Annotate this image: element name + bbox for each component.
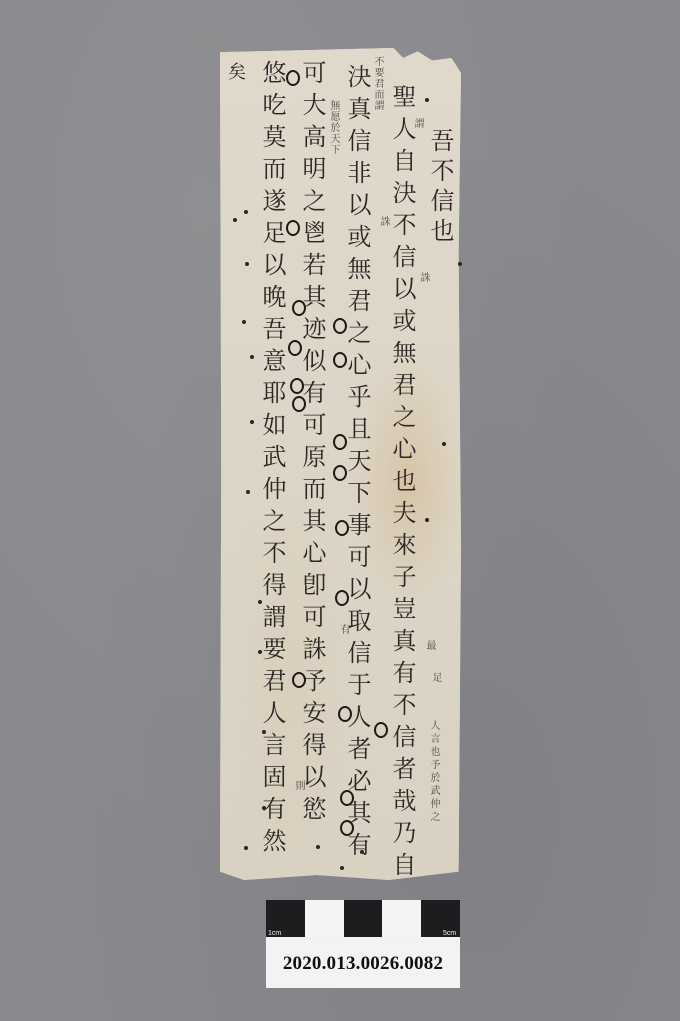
scale-segment bbox=[305, 900, 344, 937]
ink-dot bbox=[262, 730, 266, 734]
punctuation-circle bbox=[333, 465, 347, 481]
punctuation-circle bbox=[333, 352, 347, 368]
punctuation-circle bbox=[290, 378, 304, 394]
ink-dot bbox=[360, 850, 364, 854]
punctuation-circle bbox=[335, 590, 349, 606]
annotation: 最 bbox=[424, 640, 434, 651]
text-column-1: 吾不信也 bbox=[428, 128, 452, 248]
ink-dot bbox=[425, 518, 429, 522]
scale-label-left: 1cm bbox=[268, 930, 281, 937]
annotation: 有 bbox=[338, 624, 348, 635]
scale-label-right: 5cm bbox=[443, 930, 456, 937]
annotation: 誅 bbox=[418, 272, 428, 283]
ink-dot bbox=[233, 218, 237, 222]
ink-dot bbox=[258, 600, 262, 604]
ink-dot bbox=[340, 866, 344, 870]
punctuation-circle bbox=[335, 520, 349, 536]
ink-dot bbox=[244, 846, 248, 850]
punctuation-circle bbox=[292, 300, 306, 316]
text-column-6: 矣 bbox=[226, 62, 244, 86]
ink-dot bbox=[316, 845, 320, 849]
ink-dot bbox=[458, 262, 462, 266]
annotation: 誅 bbox=[378, 216, 388, 227]
ink-dot bbox=[425, 98, 429, 102]
annotation: 人言也予於武仲之 bbox=[428, 720, 438, 824]
manuscript-leaf bbox=[220, 48, 461, 880]
annotation: 不要君而謂 bbox=[372, 56, 382, 111]
ink-dot bbox=[250, 355, 254, 359]
annotation: 無愿於天下 bbox=[328, 100, 338, 155]
annotation: 則 bbox=[293, 780, 303, 791]
annotation: 足 bbox=[430, 672, 440, 683]
text-column-2: 聖人自決不信以或無君之心也夫來子豈真有不信者哉乃自 bbox=[390, 84, 414, 884]
ink-dot bbox=[442, 442, 446, 446]
punctuation-circle bbox=[333, 318, 347, 334]
ink-dot bbox=[242, 320, 246, 324]
punctuation-circle bbox=[374, 722, 388, 738]
text-column-3: 決真信非以或無君之心乎且天下事可以取信于人者必其有 bbox=[345, 64, 369, 864]
text-column-5: 悠吃莫而遂足以晚吾意耶如武仲之不得謂要君人言固有然 bbox=[260, 60, 284, 860]
text-column-4: 可大高明之鬯若其迹似有可原而其心卽可誅予安得以慾 bbox=[300, 60, 324, 828]
punctuation-circle bbox=[292, 672, 306, 688]
scale-bar bbox=[266, 900, 460, 940]
scale-segment bbox=[382, 900, 421, 937]
ink-dot bbox=[262, 806, 266, 810]
annotation: 謂 bbox=[412, 118, 422, 129]
accession-number-label: 2020.013.0026.0082 bbox=[266, 940, 460, 988]
punctuation-circle bbox=[286, 70, 300, 86]
ink-dot bbox=[244, 210, 248, 214]
punctuation-circle bbox=[288, 340, 302, 356]
scale-segment bbox=[344, 900, 383, 937]
ink-dot bbox=[246, 490, 250, 494]
punctuation-circle bbox=[286, 220, 300, 236]
punctuation-circle bbox=[292, 396, 306, 412]
punctuation-circle bbox=[333, 434, 347, 450]
punctuation-circle bbox=[340, 790, 354, 806]
ink-dot bbox=[250, 420, 254, 424]
punctuation-circle bbox=[340, 820, 354, 836]
ink-dot bbox=[258, 650, 262, 654]
ink-dot bbox=[245, 262, 249, 266]
punctuation-circle bbox=[338, 706, 352, 722]
